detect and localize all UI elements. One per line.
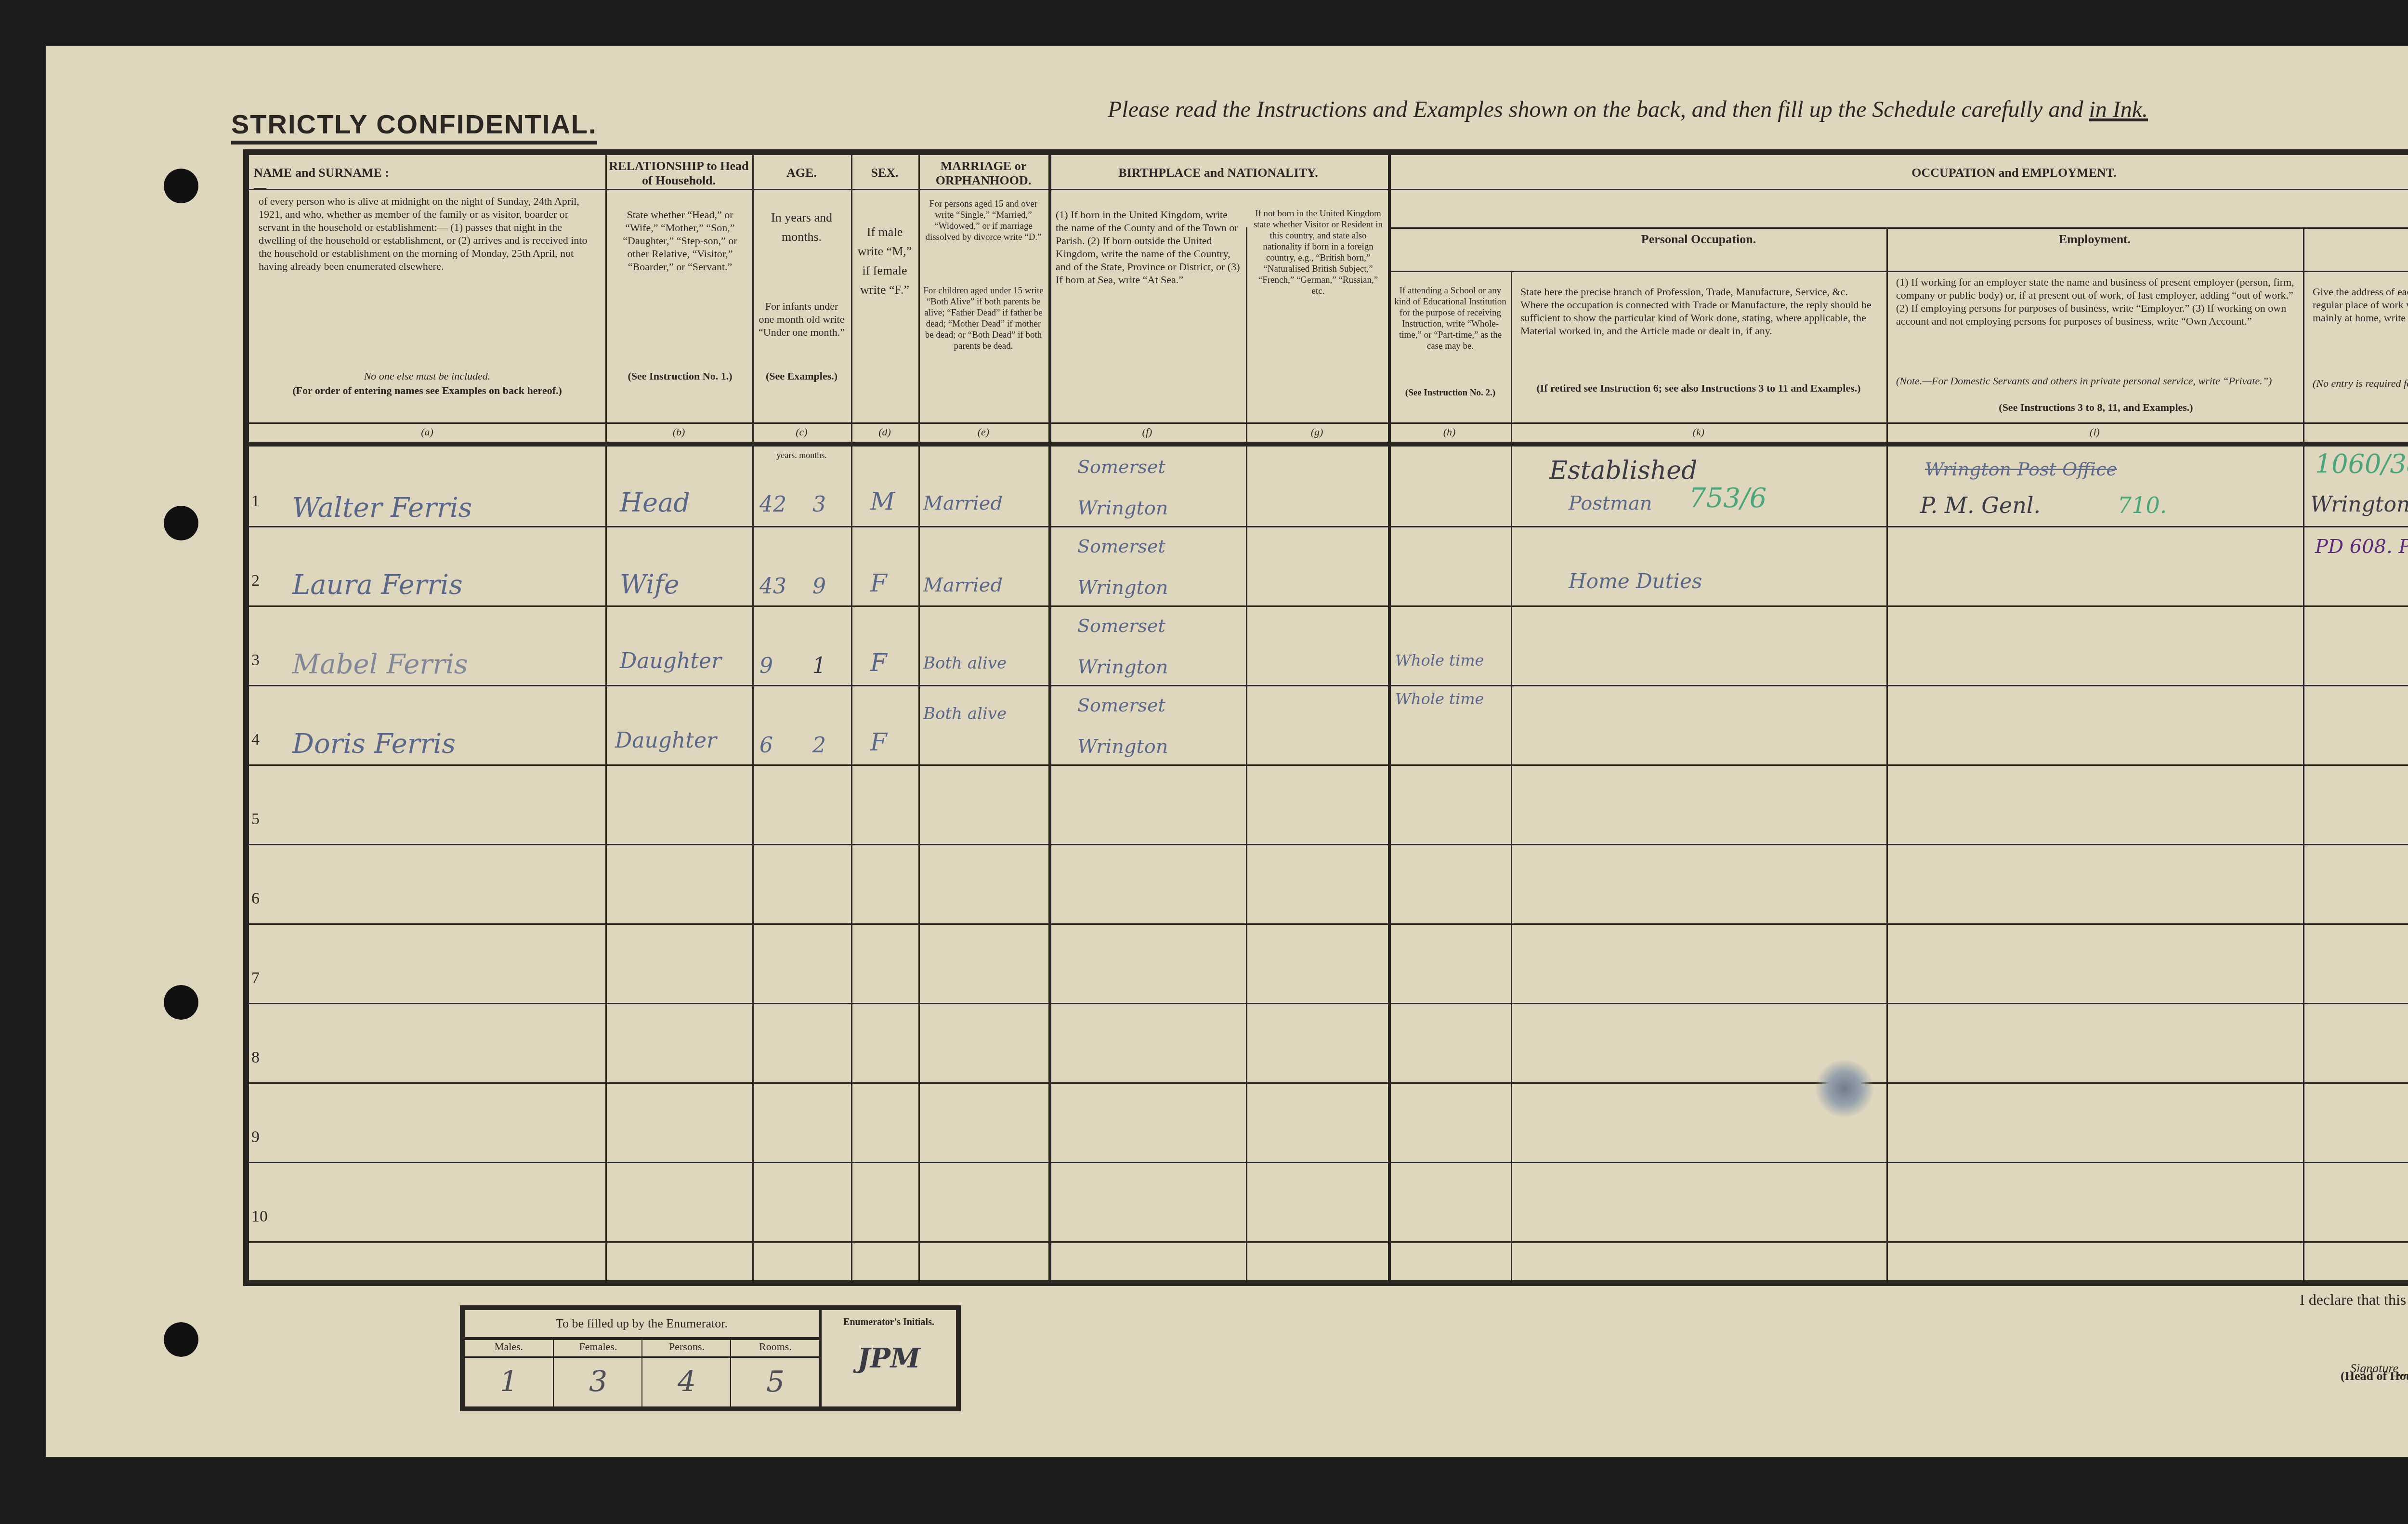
person-age-months[interactable]: 3: [812, 492, 826, 517]
person-relationship[interactable]: Wife: [620, 569, 680, 600]
person-age-months[interactable]: 1: [812, 654, 826, 678]
header-relationship-ref: (See Instruction No. 1.): [613, 369, 747, 382]
person-birth-town[interactable]: Wrington: [1077, 656, 1168, 678]
person-employer[interactable]: Wrington Post Office: [1925, 459, 2117, 480]
persons-cell: Persons.4: [641, 1337, 731, 1406]
col-id-d: (d): [851, 426, 918, 438]
header-name-instructions: of every person who is alive at midnight…: [259, 195, 596, 273]
person-marriage[interactable]: Married: [923, 574, 1003, 596]
header-age-ref: (See Examples.): [757, 369, 846, 382]
header-personal-occupation-ref: (If retired see Instruction 6; see also …: [1520, 381, 1877, 394]
enumerator-initials[interactable]: JPM: [822, 1342, 956, 1374]
person-birth-town[interactable]: Wrington: [1077, 497, 1168, 519]
person-birth-county[interactable]: Somerset: [1077, 456, 1165, 477]
place-of-work-code-2: PD 608. P. 38: [2315, 536, 2408, 558]
col-id-h: (h): [1388, 426, 1511, 438]
punch-hole: [164, 1322, 198, 1357]
person-sex[interactable]: M: [870, 487, 895, 515]
row-number: 4: [251, 731, 260, 749]
signature-subtitle: (Head of Household, Manager of Establish…: [2341, 1369, 2408, 1383]
col-id-a: (a): [249, 426, 605, 438]
header-occupation: OCCUPATION and EMPLOYMENT.: [1390, 166, 2408, 180]
row-number: 9: [251, 1128, 260, 1146]
person-sex[interactable]: F: [870, 649, 887, 677]
header-employment-ref: (See Instructions 3 to 8, 11, and Exampl…: [1896, 401, 2296, 414]
header-name-surname: NAME and SURNAME :—: [254, 166, 398, 195]
person-name[interactable]: Laura Ferris: [292, 569, 463, 601]
row-number: 2: [251, 572, 260, 590]
person-occupation-detail[interactable]: Postman: [1569, 492, 1652, 514]
person-birth-county[interactable]: Somerset: [1077, 536, 1165, 557]
header-marriage: MARRIAGE or ORPHANHOOD.: [921, 159, 1046, 188]
person-marriage[interactable]: Married: [923, 492, 1003, 514]
person-marriage[interactable]: Both alive: [923, 704, 1044, 723]
person-sex[interactable]: F: [870, 728, 887, 756]
col-id-f: (f): [1048, 426, 1246, 438]
person-name[interactable]: Walter Ferris: [292, 492, 472, 524]
males-cell: Males.1: [465, 1337, 553, 1406]
declaration-text: I declare that this Schedule is correctl…: [2300, 1291, 2408, 1309]
person-relationship[interactable]: Head: [620, 487, 690, 518]
person-sex[interactable]: F: [870, 569, 887, 597]
census-table: NAME and SURNAME :— of every person who …: [243, 149, 2408, 1286]
header-employment-text: (1) If working for an employer state the…: [1896, 276, 2296, 328]
header-name-order: (For order of entering names see Example…: [259, 384, 596, 397]
person-age-years[interactable]: 9: [759, 654, 773, 678]
col-id-k: (k): [1511, 426, 1886, 438]
row-number: 10: [251, 1208, 268, 1226]
person-age-years[interactable]: 6: [759, 733, 773, 758]
row-number: 8: [251, 1049, 260, 1067]
header-nationality-text: If not born in the United Kingdom state …: [1251, 208, 1386, 297]
header-relationship: RELATIONSHIP to Head of Household.: [608, 159, 750, 188]
header-employment-note: (Note.—For Domestic Servants and others …: [1896, 374, 2296, 387]
employment-code: 710.: [2118, 492, 2167, 518]
person-age-years[interactable]: 43: [759, 574, 786, 599]
header-age: AGE.: [755, 166, 849, 180]
males-value[interactable]: 1: [465, 1358, 553, 1406]
punch-hole: [164, 506, 198, 540]
person-name[interactable]: Doris Ferris: [292, 728, 456, 760]
row-number: 1: [251, 492, 260, 511]
header-age-infants: For infants under one month old write “U…: [757, 300, 846, 339]
row-number: 6: [251, 890, 260, 908]
person-birth-town[interactable]: Wrington: [1077, 577, 1168, 599]
person-age-months[interactable]: 9: [812, 574, 826, 599]
enumerator-box-header: To be filled up by the Enumerator.: [465, 1310, 819, 1340]
header-birthplace: BIRTHPLACE and NATIONALITY.: [1051, 166, 1386, 180]
person-place-of-work[interactable]: Wrington Som.: [2310, 492, 2408, 517]
header-education-ref: (See Instruction No. 2.): [1391, 386, 1509, 399]
person-birth-town[interactable]: Wrington: [1077, 736, 1168, 758]
page-title: STRICTLY CONFIDENTIAL.: [231, 108, 597, 145]
header-marriage-children: For children aged under 15 write “Both A…: [923, 285, 1044, 352]
ink-blot: [1816, 1060, 1873, 1117]
person-age-months[interactable]: 2: [812, 733, 826, 758]
person-relationship[interactable]: Daughter: [620, 649, 721, 673]
females-cell: Females.3: [553, 1337, 642, 1406]
occupation-code: 753/6: [1689, 483, 1767, 514]
person-occupation[interactable]: Established: [1549, 456, 1697, 485]
header-marriage-text: For persons aged 15 and over write “Sing…: [923, 198, 1044, 243]
col-id-m: (m): [2303, 426, 2408, 438]
header-birthplace-text: (1) If born in the United Kingdom, write…: [1056, 208, 1241, 286]
person-name[interactable]: Mabel Ferris: [292, 649, 468, 680]
rooms-cell: Rooms.5: [730, 1337, 820, 1406]
rooms-value[interactable]: 5: [731, 1358, 820, 1406]
header-employment: Employment.: [1889, 232, 2301, 247]
header-place-of-work-text: Give the address of each person's place …: [2313, 285, 2408, 324]
col-id-b: (b): [605, 426, 752, 438]
enumerator-initials-cell: Enumerator's Initials.JPM: [819, 1310, 956, 1406]
header-relationship-text: State whether “Head,” or “Wife,” “Mother…: [613, 208, 747, 273]
place-of-work-code: 1060/38: [2315, 449, 2408, 479]
females-value[interactable]: 3: [554, 1358, 642, 1406]
col-id-l: (l): [1886, 426, 2303, 438]
header-age-text: In years and months.: [757, 208, 846, 247]
header-education-text: If attending a School or any kind of Edu…: [1391, 285, 1509, 352]
enumerator-summary-box: To be filled up by the Enumerator. Males…: [460, 1305, 961, 1411]
col-id-c: (c): [752, 426, 851, 438]
person-relationship[interactable]: Daughter: [615, 728, 717, 753]
instruction-line: Please read the Instructions and Example…: [1108, 96, 2148, 123]
row-number: 5: [251, 810, 260, 828]
header-personal-occupation: Personal Occupation.: [1513, 232, 1884, 247]
age-subheader: years. months.: [755, 449, 849, 462]
col-id-e: (e): [918, 426, 1048, 438]
header-name-note: No one else must be included.: [259, 369, 596, 382]
person-education[interactable]: Whole time: [1395, 651, 1484, 670]
header-place-of-work-note: (No entry is required for any person who…: [2313, 377, 2408, 390]
person-marriage[interactable]: Both alive: [923, 654, 1007, 673]
person-employer-detail[interactable]: P. M. Genl.: [1920, 492, 2041, 518]
person-occupation[interactable]: Home Duties: [1569, 569, 1702, 593]
header-place-of-work: Place of Work.: [2305, 232, 2408, 247]
header-sex-text: If male write “M,” if female write “F.”: [856, 223, 914, 300]
person-birth-county[interactable]: Somerset: [1077, 615, 1165, 636]
punch-hole: [164, 985, 198, 1020]
person-birth-county[interactable]: Somerset: [1077, 695, 1165, 716]
col-id-g: (g): [1246, 426, 1388, 438]
header-personal-occupation-text: State here the precise branch of Profess…: [1520, 285, 1877, 337]
persons-value[interactable]: 4: [642, 1358, 731, 1406]
header-sex: SEX.: [853, 166, 916, 180]
row-number: 7: [251, 969, 260, 987]
person-education[interactable]: Whole time: [1395, 690, 1484, 708]
row-number: 3: [251, 651, 260, 670]
punch-hole: [164, 169, 198, 203]
person-age-years[interactable]: 42: [759, 492, 786, 517]
